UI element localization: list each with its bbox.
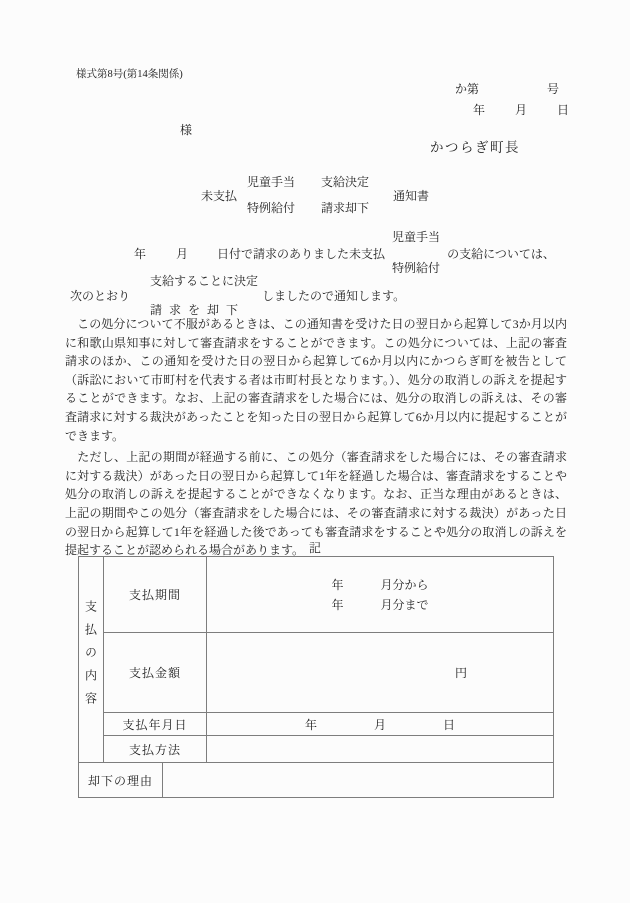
date-line: 年 月 日 [473,101,569,118]
payment-date-label: 支払年月日 [123,718,188,732]
period-from-line: 年 月分から [207,575,553,595]
rejection-reason-label-cell: 却下の理由 [79,763,163,798]
rejection-reason-row: 却下の理由 [79,763,554,798]
doc-number-suffix: 号 [547,82,559,96]
title-decision-top: 支給決定 [321,175,369,189]
payment-details-table: 支払の内容 支払期間 年 月分から 年 月分まで 支払金額 円 [78,556,554,798]
intro-line1-post: の支給については、 [447,245,555,262]
period-to-suffix: 月分まで [381,595,429,615]
form-number: 様式第8号(第14条関係) [76,66,183,81]
payment-method-label-cell: 支払方法 [104,736,207,763]
payment-period-value-cell: 年 月分から 年 月分まで [207,557,554,633]
payment-amount-value-cell: 円 [207,633,554,713]
rejection-reason-value-cell [163,763,554,798]
payment-date-year-label: 年 [305,716,317,733]
payment-amount-row: 支払金額 円 [79,633,554,713]
yen-unit-label: 円 [455,666,467,680]
sender-name: かつらぎ町長 [430,136,520,156]
payment-period-label-cell: 支払期間 [104,557,207,633]
title-prefix: 未支払 [201,187,237,204]
payment-amount-label-cell: 支払金額 [104,633,207,713]
intro-line1-text: 日付で請求のありました未支払 [217,245,385,262]
period-from-suffix: 月分から [381,575,429,595]
payment-method-label: 支払方法 [129,743,181,757]
payment-period-label: 支払期間 [129,588,181,602]
intro-benefit-top: 児童手当 [392,230,440,244]
intro-line2-pre: 次のとおり [70,287,130,304]
rejection-reason-label: 却下の理由 [88,774,153,788]
ki-separator: 記 [0,539,630,556]
intro-decision-top: 支給することに決定 [150,274,258,288]
date-month-label: 月 [515,101,527,118]
payment-date-value-cell: 年 月 日 [207,713,554,736]
payment-period-row: 支払の内容 支払期間 年 月分から 年 月分まで [79,557,554,633]
doc-number-line: か第 [455,80,479,97]
payment-content-group-cell: 支払の内容 [79,557,104,763]
payment-date-row: 支払年月日 年 月 日 [79,713,554,736]
payment-content-label: 支払の内容 [83,600,100,715]
date-day-label: 日 [557,101,569,118]
title-benefit-bottom: 特例給付 [247,201,295,215]
document-page: 様式第8号(第14条関係) か第 号 年 月 日 様 かつらぎ町長 未支払 児童… [0,0,630,903]
addressee-honorific: 様 [180,121,192,138]
document-title: 未支払 児童手当 特例給付 支給決定 請求却下 通知書 [0,177,630,213]
payment-date-line: 年 月 日 [207,716,553,733]
payment-date-day-label: 日 [443,716,455,733]
intro-month-label: 月 [176,245,188,262]
title-suffix: 通知書 [393,187,429,204]
payment-date-month-label: 月 [374,716,386,733]
date-year-label: 年 [473,101,485,118]
title-decision-bottom: 請求却下 [321,201,369,215]
title-decision-options: 支給決定 請求却下 [321,169,369,221]
period-to-year-label: 年 [331,595,343,615]
doc-number-prefix: か第 [455,82,479,96]
appeal-paragraph-1: この処分について不服があるときは、この通知書を受けた日の翌日から起算して3か月以… [65,315,567,445]
title-benefit-top: 児童手当 [247,175,295,189]
payment-date-label-cell: 支払年月日 [104,713,207,736]
appeal-notice-paragraphs: この処分について不服があるときは、この通知書を受けた日の翌日から起算して3か月以… [65,315,567,560]
period-to-line: 年 月分まで [207,595,553,615]
payment-method-value-cell [207,736,554,763]
payment-method-row: 支払方法 [79,736,554,763]
period-from-year-label: 年 [331,575,343,595]
doc-number-suffix-wrap: 号 [547,80,559,97]
payment-amount-label: 支払金額 [129,666,181,680]
intro-line2-post: しましたので通知します。 [262,287,405,304]
intro-year-label: 年 [134,245,146,262]
title-benefit-options: 児童手当 特例給付 [247,169,295,221]
